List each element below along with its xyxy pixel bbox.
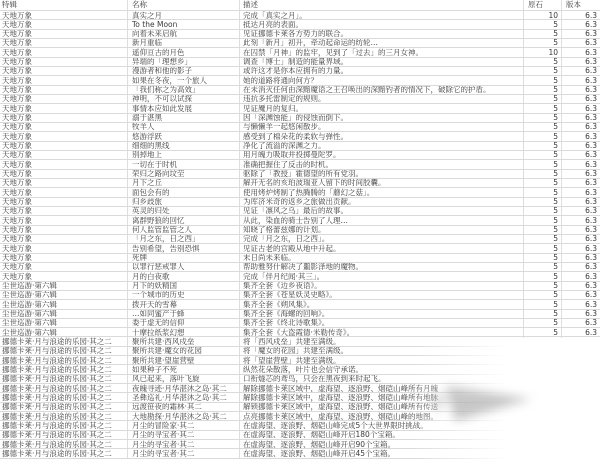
cell-special: 尘世巡游·第六辑: [0, 291, 128, 299]
cell-description: 完成「月之东，日之西」。: [240, 235, 524, 243]
cell-name: 风已起来，落叶飞旋: [128, 375, 240, 383]
cell-special: 天地万象: [0, 48, 128, 56]
cell-name: 月尘的冒险家·其二: [128, 421, 240, 429]
cell-description: 将「望崖营壁」共建至满级。: [240, 356, 524, 364]
cell-version: 6.3: [562, 48, 600, 56]
cell-special: 挪德卡莱·月与浪途的乐园·其之二: [0, 337, 128, 345]
cell-primogems: [524, 384, 562, 392]
cell-primogems: 5: [524, 216, 562, 224]
cell-version: 6.3: [562, 170, 600, 178]
cell-description: 知晓了格蕾兹娜的计划。: [240, 226, 524, 234]
cell-version: 6.3: [562, 188, 600, 196]
table-row: 天地万象新月重临此刻「新月」初升，牵动起命运的纺轮…56.3: [0, 39, 600, 48]
cell-version: 6.3: [562, 123, 600, 131]
cell-version: 6.3: [562, 39, 600, 47]
cell-version: 6.3: [562, 114, 600, 122]
cell-description: 此刻「新月」初升，牵动起命运的纺轮…: [240, 39, 524, 47]
cell-primogems: 5: [524, 76, 562, 84]
cell-name: 遥仰亘古的月色: [128, 48, 240, 56]
cell-name: 拨开天的雪幕: [128, 300, 240, 308]
cell-version: [562, 347, 600, 355]
cell-description: 在虚海望、逐浪野、烟硙山峰开启45个宝箱。: [240, 449, 524, 457]
cell-primogems: 5: [524, 170, 562, 178]
table-row: 尘世巡游·第六辑一个城市的历史集齐全套《苍星妖灵史略》。56.3: [0, 291, 600, 300]
cell-primogems: 5: [524, 282, 562, 290]
cell-primogems: 5: [524, 263, 562, 271]
cell-description: 见证挪德卡莱各方势力的联合。: [240, 30, 524, 38]
table-row: 尘世巡游·第六辑拨开天的雪幕集齐全套《朔风集》。56.3: [0, 300, 600, 309]
cell-version: 6.3: [562, 11, 600, 19]
table-row: 天地万象一切在于时机准确把握住了反击的时机。56.3: [0, 160, 600, 169]
cell-name: 月尘的寻宝者·其二: [128, 440, 240, 448]
cell-description: 帮助雅努什解决了噩影泽地的魔物。: [240, 263, 524, 271]
cell-description: 将「魔女的花园」共建至满级。: [240, 347, 524, 355]
cell-primogems: 5: [524, 328, 562, 336]
cell-special: 挪德卡莱·月与浪途的乐园·其之二: [0, 403, 128, 411]
cell-version: 6.3: [562, 216, 600, 224]
cell-name: 月尘的寻宝者·其二: [128, 449, 240, 457]
cell-description: 为库济米奇的返乡之旅做出贡献。: [240, 198, 524, 206]
cell-special: 天地万象: [0, 95, 128, 103]
cell-description: 完成「真实之月」。: [240, 11, 524, 19]
cell-description: 净化了流溢的深渊之力。: [240, 142, 524, 150]
table-row: 天地万象漫游者和他的影子或许这才是你本应拥有的力量。56.3: [0, 67, 600, 76]
cell-special: 天地万象: [0, 67, 128, 75]
cell-version: 6.3: [562, 104, 600, 112]
cell-description: 在未消灭任何由深黯魔语之王召唤出的深黯钓者的情况下，破除它的护盾。: [240, 86, 524, 94]
cell-name: 如果种子不死: [128, 365, 240, 373]
cell-primogems: 5: [524, 179, 562, 187]
cell-special: 天地万象: [0, 235, 128, 243]
cell-version: [562, 384, 600, 392]
cell-description: 解除挪德卡莱区域中，虚海望、逐浪野、烟硙山峰所有地脉: [240, 393, 524, 401]
cell-name: 漫游者和他的影子: [128, 67, 240, 75]
cell-description: 抵达月亮的表面。: [240, 20, 524, 28]
cell-special: 天地万象: [0, 272, 128, 280]
cell-name: 新月重临: [128, 39, 240, 47]
cell-name: 十摩拉纸浆幻想: [128, 328, 240, 336]
table-row: 天地万象如果在冬夜，一个旅人她的道路将通向何方？56.3: [0, 76, 600, 85]
cell-primogems: 5: [524, 39, 562, 47]
cell-description: 完成「伴月纪闻·其三」。: [240, 272, 524, 280]
cell-description: 点亮挪德卡莱区域中，虚海望、逐浪野、烟硙山峰的地图。: [240, 412, 524, 420]
table-row: 挪德卡莱·月与浪途的乐园·其之二聚所共建·望崖营壁将「望崖营壁」共建至满级。: [0, 356, 600, 365]
cell-primogems: 5: [524, 254, 562, 262]
table-row: 天地万象归乡歧旅为库济米奇的返乡之旅做出贡献。56.3: [0, 198, 600, 207]
cell-name: 远渡笹夜的霜林·其二: [128, 403, 240, 411]
rows-host: 天地万象真实之月完成「真实之月」。106.3天地万象To the Moon抵达月…: [0, 11, 600, 459]
table-row: 天地万象细细的黑线净化了流溢的深渊之力。56.3: [0, 142, 600, 151]
cell-version: 6.3: [562, 291, 600, 299]
cell-primogems: 5: [524, 67, 562, 75]
cell-name: 何人监管监管之人: [128, 226, 240, 234]
cell-name: 月的白夜歌: [128, 272, 240, 280]
table-row: 天地万象「我们称之为高效」在未消灭任何由深黯魔语之王召唤出的深黯钓者的情况下，破…: [0, 86, 600, 95]
cell-special: 天地万象: [0, 86, 128, 94]
cell-name: 一个城市的历史: [128, 291, 240, 299]
cell-special: 天地万象: [0, 226, 128, 234]
cell-special: 天地万象: [0, 58, 128, 66]
cell-primogems: 5: [524, 30, 562, 38]
table-row: 挪德卡莱·月与浪途的乐园·其之二大地勘探·月华湛沐之岛·其二点亮挪德卡莱区域中，…: [0, 412, 600, 421]
cell-primogems: 5: [524, 319, 562, 327]
cell-primogems: [524, 365, 562, 373]
cell-version: 6.3: [562, 20, 600, 28]
cell-version: 6.3: [562, 132, 600, 140]
cell-special: 天地万象: [0, 179, 128, 187]
cell-special: 天地万象: [0, 39, 128, 47]
table-row: 天地万象何人监管监管之人知晓了格蕾兹娜的计划。56.3: [0, 226, 600, 235]
cell-description: 纵然花朵散落，叶片也会信守承诺。: [240, 365, 524, 373]
table-row: 天地万象面包会有的使用烤炉烤制了热腾腾的「蘑幻之菇」。56.3: [0, 188, 600, 197]
table-row: 挪德卡莱·月与浪途的乐园·其之二如果种子不死纵然花朵散落，叶片也会信守承诺。: [0, 365, 600, 374]
cell-name: 聚所共建·望崖营壁: [128, 356, 240, 364]
cell-description: 见证「凛风之乌」最后的故事。: [240, 207, 524, 215]
cell-version: 6.3: [562, 282, 600, 290]
cell-name: 荣归之路向坟茔: [128, 170, 240, 178]
cell-special: 天地万象: [0, 151, 128, 159]
cell-primogems: 5: [524, 310, 562, 318]
cell-special: 天地万象: [0, 198, 128, 206]
cell-description: 违抗多托雷制定的规则。: [240, 95, 524, 103]
table-row: 挪德卡莱·月与浪途的乐园·其之二远渡笹夜的霜林·其二解锁挪德卡莱区域中，虚海望、…: [0, 403, 600, 412]
cell-description: 见证古老的宫殿从地中升起。: [240, 244, 524, 252]
cell-special: 挪德卡莱·月与浪途的乐园·其之二: [0, 421, 128, 429]
cell-primogems: 5: [524, 160, 562, 168]
cell-primogems: 5: [524, 291, 562, 299]
table-row: 天地万象向着未来启航见证挪德卡莱各方势力的联合。56.3: [0, 30, 600, 39]
cell-special: 天地万象: [0, 263, 128, 271]
table-row: 挪德卡莱·月与浪途的乐园·其之二风已起来，落叶飞旋口衔燧芯的鸢鸟，只会在黑夜到来…: [0, 375, 600, 384]
cell-primogems: [524, 449, 562, 457]
cell-version: 6.3: [562, 337, 600, 345]
cell-special: 挪德卡莱·月与浪途的乐园·其之二: [0, 365, 128, 373]
cell-name: 别掉地上: [128, 151, 240, 159]
cell-version: 6.3: [562, 254, 600, 262]
table-row: 天地万象溺于湛黑因「深渊蚀能」的侵蚀而倒下。56.3: [0, 114, 600, 123]
cell-name: 细细的黑线: [128, 142, 240, 150]
cell-version: 6.3: [562, 67, 600, 75]
table-row: 挪德卡莱·月与浪途的乐园·其之二聚所共建·魔女的花园将「魔女的花园」共建至满级。: [0, 347, 600, 356]
cell-description: 集齐全套《海螺的回响》。: [240, 310, 524, 318]
cell-name: 死牌: [128, 254, 240, 262]
cell-special: 天地万象: [0, 114, 128, 122]
cell-primogems: 5: [524, 142, 562, 150]
cell-special: 天地万象: [0, 216, 128, 224]
cell-version: 6.3: [562, 160, 600, 168]
table-row: 尘世巡游·第六辑十摩拉纸浆幻想集齐全套《大盗霞德·米勒传奇》。56.3: [0, 328, 600, 337]
cell-primogems: 10: [524, 48, 562, 56]
cell-name: 月下之丘: [128, 179, 240, 187]
cell-description: 在虚海望、逐浪野、烟硙山峰开启90个宝箱。: [240, 440, 524, 448]
cell-primogems: [524, 356, 562, 364]
table-row: 天地万象To the Moon抵达月亮的表面。56.3: [0, 20, 600, 29]
cell-description: 调查「博士」制造的能量界域。: [240, 58, 524, 66]
cell-version: 6.3: [562, 95, 600, 103]
cell-description: 集齐全套《大盗霞德·米勒传奇》。: [240, 328, 524, 336]
cell-name: 告别希望，告别恐惧: [128, 244, 240, 252]
cell-version: [562, 440, 600, 448]
cell-name: 大地勘探·月华湛沐之岛·其二: [128, 412, 240, 420]
cell-primogems: 5: [524, 188, 562, 196]
cell-name: 离群野狼的回忆: [128, 216, 240, 224]
cell-special: 天地万象: [0, 132, 128, 140]
cell-primogems: 5: [524, 132, 562, 140]
cell-version: 6.3: [562, 226, 600, 234]
cell-description: 解开无名的亥珀波瑞亚人留下的时间胶囊。: [240, 179, 524, 187]
table-row: 天地万象神明，不可以试探违抗多托雷制定的规则。56.3: [0, 95, 600, 104]
cell-primogems: 10: [524, 11, 562, 19]
cell-name: 面包会有的: [128, 188, 240, 196]
cell-name: 英灵的归处: [128, 207, 240, 215]
cell-special: 尘世巡游·第六辑: [0, 319, 128, 327]
cell-version: 6.3: [562, 58, 600, 66]
cell-special: 天地万象: [0, 254, 128, 262]
cell-name: 悠游浮跃: [128, 132, 240, 140]
cell-primogems: 5: [524, 226, 562, 234]
cell-primogems: 5: [524, 244, 562, 252]
cell-primogems: 5: [524, 151, 562, 159]
cell-special: 挪德卡莱·月与浪途的乐园·其之二: [0, 375, 128, 383]
table-row: 挪德卡莱·月与浪途的乐园·其之二夜魄寻迹·月华湛沐之岛·其二解除挪德卡莱区域中，…: [0, 384, 600, 393]
cell-name: 夜魄寻迹·月华湛沐之岛·其二: [128, 384, 240, 392]
cell-version: 6.3: [562, 263, 600, 271]
cell-name: 「我们称之为高效」: [128, 86, 240, 94]
table-row: 尘世巡游·第六辑月下的妖精国集齐全套《边乡夜语》。56.3: [0, 282, 600, 291]
cell-name: 如果在冬夜，一个旅人: [128, 76, 240, 84]
cell-special: 尘世巡游·第六辑: [0, 310, 128, 318]
cell-primogems: 5: [524, 337, 562, 345]
cell-description: 在虚海望、逐浪野、烟硙山峰开启180个宝箱。: [240, 431, 524, 439]
cell-version: [562, 412, 600, 420]
table-row: 挪德卡莱·月与浪途的乐园·其之二月尘的寻宝者·其二在虚海望、逐浪野、烟硙山峰开启…: [0, 440, 600, 449]
cell-special: 尘世巡游·第六辑: [0, 328, 128, 336]
cell-special: 尘世巡游·第六辑: [0, 282, 128, 290]
table-row: 天地万象月下之丘解开无名的亥珀波瑞亚人留下的时间胶囊。56.3: [0, 179, 600, 188]
cell-special: 挪德卡莱·月与浪途的乐园·其之二: [0, 347, 128, 355]
cell-description: 集齐全套《朔风集》。: [240, 300, 524, 308]
cell-name: 异端的「理想乡」: [128, 58, 240, 66]
cell-primogems: 5: [524, 86, 562, 94]
cell-primogems: 5: [524, 300, 562, 308]
cell-name: 委于虚无的信仰: [128, 319, 240, 327]
cell-description: 集齐全套《终北诗歌集》。: [240, 319, 524, 327]
cell-description: 因「深渊蚀能」的侵蚀而倒下。: [240, 114, 524, 122]
cell-version: 6.3: [562, 207, 600, 215]
table-row: 天地万象以罪行惩戒罪人帮助雅努什解决了噩影泽地的魔物。56.3: [0, 263, 600, 272]
cell-version: 6.3: [562, 86, 600, 94]
cell-name: 一切在于时机: [128, 160, 240, 168]
table-row: 天地万象月的白夜歌完成「伴月纪闻·其三」。56.3: [0, 272, 600, 281]
cell-description: 集齐全套《边乡夜语》。: [240, 282, 524, 290]
cell-name: 事情本应如此发展: [128, 104, 240, 112]
table-row: 天地万象离群野狼的回忆从此，染血的骑士告别了人理…56.3: [0, 216, 600, 225]
cell-primogems: [524, 393, 562, 401]
cell-special: 挪德卡莱·月与浪途的乐园·其之二: [0, 440, 128, 448]
table-header: 特辑 名称 描述 原石 版本: [0, 0, 600, 11]
cell-name: 月下的妖精国: [128, 282, 240, 290]
cell-special: 挪德卡莱·月与浪途的乐园·其之二: [0, 431, 128, 439]
table-row: 天地万象别掉地上用月魄力吸取并投掷曼陀罗。56.3: [0, 151, 600, 160]
cell-primogems: 5: [524, 198, 562, 206]
cell-name: 真实之月: [128, 11, 240, 19]
cell-primogems: 5: [524, 20, 562, 28]
cell-primogems: 5: [524, 104, 562, 112]
cell-name: To the Moon: [128, 20, 240, 28]
cell-special: 挪德卡莱·月与浪途的乐园·其之二: [0, 412, 128, 420]
cell-version: [562, 375, 600, 383]
cell-primogems: 5: [524, 114, 562, 122]
cell-description: 口衔燧芯的鸢鸟，只会在黑夜到来时起飞。: [240, 375, 524, 383]
table-row: 挪德卡莱·月与浪途的乐园·其之二圣彝巡礼·月华湛沐之岛·其二解除挪德卡莱区域中，…: [0, 393, 600, 402]
cell-name: 聚所共建·魔女的花园: [128, 347, 240, 355]
cell-primogems: [524, 347, 562, 355]
cell-version: 6.3: [562, 300, 600, 308]
cell-name: 聚所共建·西风戍垒: [128, 337, 240, 345]
cell-special: 天地万象: [0, 30, 128, 38]
cell-special: 挪德卡莱·月与浪途的乐园·其之二: [0, 356, 128, 364]
cell-version: [562, 449, 600, 457]
cell-special: 挪德卡莱·月与浪途的乐园·其之二: [0, 393, 128, 401]
column-header-primogems: 原石: [524, 0, 562, 10]
cell-special: 天地万象: [0, 160, 128, 168]
table-row: 天地万象异端的「理想乡」调查「博士」制造的能量界域。56.3: [0, 58, 600, 67]
cell-primogems: 5: [524, 123, 562, 131]
cell-name: 圣彝巡礼·月华湛沐之岛·其二: [128, 393, 240, 401]
cell-special: 挪德卡莱·月与浪途的乐园·其之二: [0, 449, 128, 457]
cell-description: 从此，染血的骑士告别了人理…: [240, 216, 524, 224]
cell-special: 尘世巡游·第六辑: [0, 300, 128, 308]
cell-primogems: [524, 421, 562, 429]
cell-special: 挪德卡莱·月与浪途的乐园·其之二: [0, 384, 128, 392]
cell-version: [562, 403, 600, 411]
cell-primogems: [524, 431, 562, 439]
table-row: 挪德卡莱·月与浪途的乐园·其之二月尘的寻宝者·其二在虚海望、逐浪野、烟硙山峰开启…: [0, 449, 600, 458]
table-row: 天地万象「月之东，日之西」完成「月之东，日之西」。56.3: [0, 235, 600, 244]
cell-name: 向着未来启航: [128, 30, 240, 38]
table-row: 天地万象死牌末日尚未来临。56.3: [0, 254, 600, 263]
cell-version: 6.3: [562, 235, 600, 243]
cell-description: 将「西风戍垒」共建至满级。: [240, 337, 524, 345]
column-header-description: 描述: [240, 0, 524, 10]
cell-primogems: [524, 403, 562, 411]
cell-name: 牧羊人: [128, 123, 240, 131]
cell-primogems: 5: [524, 95, 562, 103]
table-row: 尘世巡游·第六辑…如同蜜产于蜂集齐全套《海螺的回响》。56.3: [0, 310, 600, 319]
cell-special: 天地万象: [0, 244, 128, 252]
table-row: 天地万象真实之月完成「真实之月」。106.3: [0, 11, 600, 20]
cell-description: 使用烤炉烤制了热腾腾的「蘑幻之菇」。: [240, 188, 524, 196]
table-row: 天地万象荣归之路向坟茔驱除了「教授」霍德望的所有党羽。56.3: [0, 170, 600, 179]
cell-version: 6.3: [562, 310, 600, 318]
cell-version: 6.3: [562, 328, 600, 336]
table-row: 尘世巡游·第六辑委于虚无的信仰集齐全套《终北诗歌集》。56.3: [0, 319, 600, 328]
achievement-table: 特辑 名称 描述 原石 版本 天地万象真实之月完成「真实之月」。106.3天地万…: [0, 0, 600, 459]
cell-version: 6.3: [562, 198, 600, 206]
cell-name: 归乡歧旅: [128, 198, 240, 206]
table-row: 挪德卡莱·月与浪途的乐园·其之二聚所共建·西风戍垒将「西风戍垒」共建至满级。56…: [0, 337, 600, 346]
column-header-name: 名称: [128, 0, 240, 10]
cell-name: 「月之东，日之西」: [128, 235, 240, 243]
cell-special: 天地万象: [0, 142, 128, 150]
cell-special: 天地万象: [0, 207, 128, 215]
cell-version: 6.3: [562, 319, 600, 327]
cell-description: 她的道路将通向何方？: [240, 76, 524, 84]
cell-version: [562, 356, 600, 364]
table-row: 天地万象事情本应如此发展见证魇月的复归。56.3: [0, 104, 600, 113]
cell-description: 与懒懒羊一起悠闲散步。: [240, 123, 524, 131]
column-header-special: 特辑: [0, 0, 128, 10]
cell-primogems: [524, 412, 562, 420]
cell-description: 见证魇月的复归。: [240, 104, 524, 112]
cell-special: 天地万象: [0, 104, 128, 112]
cell-version: 6.3: [562, 76, 600, 84]
column-header-version: 版本: [562, 0, 600, 10]
cell-name: 神明，不可以试探: [128, 95, 240, 103]
cell-version: [562, 431, 600, 439]
cell-description: 准确把握住了反击的时机。: [240, 160, 524, 168]
table-row: 挪德卡莱·月与浪途的乐园·其之二月尘的寻宝者·其二在虚海望、逐浪野、烟硙山峰开启…: [0, 431, 600, 440]
cell-description: 解锁挪德卡莱区域中，虚海望、逐浪野、烟硙山峰所有传送: [240, 403, 524, 411]
cell-version: 6.3: [562, 244, 600, 252]
cell-name: …如同蜜产于蜂: [128, 310, 240, 318]
cell-special: 天地万象: [0, 123, 128, 131]
cell-description: 用月魄力吸取并投掷曼陀罗。: [240, 151, 524, 159]
cell-name: 溺于湛黑: [128, 114, 240, 122]
cell-description: 在虚海望、逐浪野、烟硙山峰完成5个大世界限时挑战。: [240, 421, 524, 429]
cell-description: 感受到了棉朵花的柔软与弹性。: [240, 132, 524, 140]
cell-description: 集齐全套《苍星妖灵史略》。: [240, 291, 524, 299]
cell-special: 天地万象: [0, 11, 128, 19]
cell-version: 6.3: [562, 272, 600, 280]
cell-name: 以罪行惩戒罪人: [128, 263, 240, 271]
cell-version: [562, 421, 600, 429]
cell-description: 驱除了「教授」霍德望的所有党羽。: [240, 170, 524, 178]
cell-special: 天地万象: [0, 76, 128, 84]
table-row: 天地万象牧羊人与懒懒羊一起悠闲散步。56.3: [0, 123, 600, 132]
cell-special: 天地万象: [0, 188, 128, 196]
cell-version: [562, 393, 600, 401]
cell-primogems: 5: [524, 207, 562, 215]
cell-primogems: 5: [524, 58, 562, 66]
cell-primogems: [524, 375, 562, 383]
cell-primogems: [524, 440, 562, 448]
cell-primogems: 5: [524, 235, 562, 243]
cell-primogems: 5: [524, 272, 562, 280]
cell-version: 6.3: [562, 179, 600, 187]
cell-special: 天地万象: [0, 170, 128, 178]
table-row: 天地万象悠游浮跃感受到了棉朵花的柔软与弹性。56.3: [0, 132, 600, 141]
cell-version: 6.3: [562, 30, 600, 38]
cell-special: 天地万象: [0, 20, 128, 28]
cell-description: 或许这才是你本应拥有的力量。: [240, 67, 524, 75]
cell-description: 末日尚未来临。: [240, 254, 524, 262]
cell-version: [562, 365, 600, 373]
cell-description: 解除挪德卡莱区域中，虚海望、逐浪野、烟硙山峰所有月魄: [240, 384, 524, 392]
table-row: 天地万象英灵的归处见证「凛风之乌」最后的故事。56.3: [0, 207, 600, 216]
table-row: 挪德卡莱·月与浪途的乐园·其之二月尘的冒险家·其二在虚海望、逐浪野、烟硙山峰完成…: [0, 421, 600, 430]
table-row: 天地万象遥仰亘古的月色在囚禁「月神」的监牢，见到了「过去」的三月女神。106.3: [0, 48, 600, 57]
cell-version: 6.3: [562, 151, 600, 159]
cell-name: 月尘的寻宝者·其二: [128, 431, 240, 439]
table-row: 天地万象告别希望，告别恐惧见证古老的宫殿从地中升起。56.3: [0, 244, 600, 253]
cell-description: 在囚禁「月神」的监牢，见到了「过去」的三月女神。: [240, 48, 524, 56]
cell-version: 6.3: [562, 142, 600, 150]
